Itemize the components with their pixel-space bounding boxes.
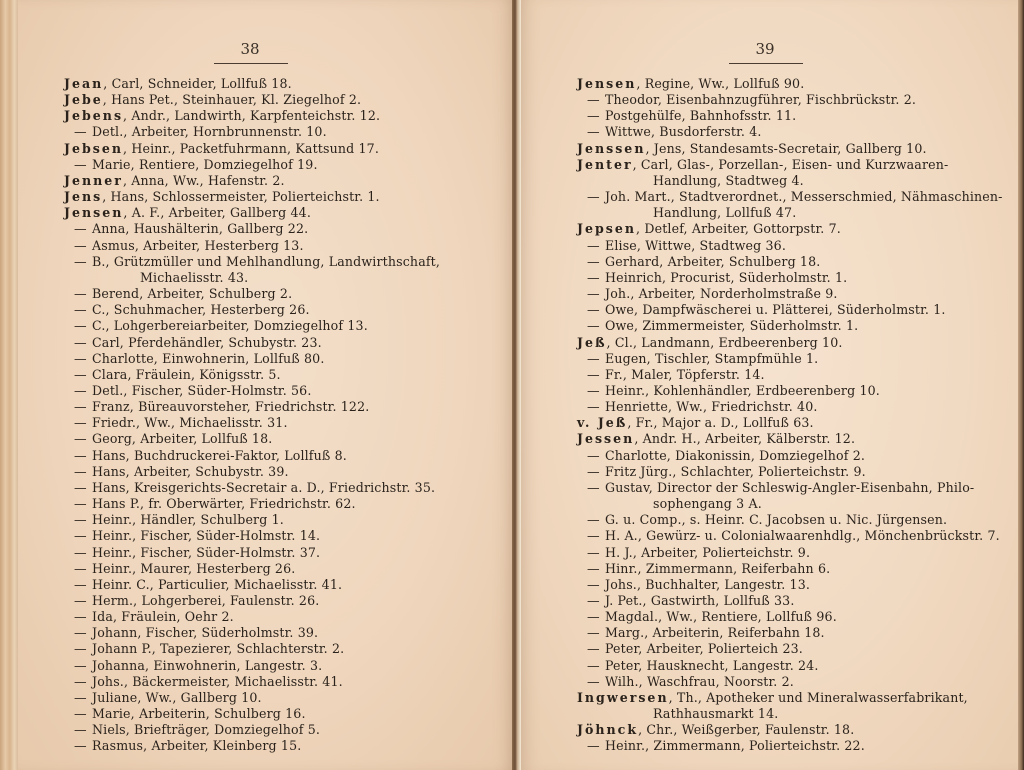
left-page-edge bbox=[0, 0, 18, 770]
entry-text: Hans, Buchdruckerei-Faktor, Lollfuß 8. bbox=[92, 448, 347, 463]
entry-text: , Cl., Landmann, Erdbeerenberg 10. bbox=[607, 335, 843, 350]
entry-text: Eugen, Tischler, Stampfmühle 1. bbox=[605, 351, 818, 366]
directory-entry-sub: —Wilh., Waschfrau, Noorstr. 2. bbox=[577, 674, 1003, 690]
directory-entry-sub: —Niels, Briefträger, Domziegelhof 5. bbox=[64, 722, 440, 738]
directory-entry-sub: —Theodor, Eisenbahnzugführer, Fischbrück… bbox=[577, 92, 1003, 108]
directory-entry-sub: —Joh., Arbeiter, Norderholmstraße 9. bbox=[577, 286, 1003, 302]
directory-entry-sub: —Heinr., Händler, Schulberg 1. bbox=[64, 512, 440, 528]
entry-text: Heinr., Zimmermann, Polierteichstr. 22. bbox=[605, 738, 865, 753]
right-page-number-rule bbox=[729, 63, 803, 64]
ditto-dash: — bbox=[74, 674, 92, 690]
entry-text: Heinr., Kohlenhändler, Erdbeerenberg 10. bbox=[605, 383, 880, 398]
ditto-dash: — bbox=[587, 399, 605, 415]
entry-text: Hinr., Zimmermann, Reiferbahn 6. bbox=[605, 561, 830, 576]
entry-text: Peter, Hausknecht, Langestr. 24. bbox=[605, 658, 819, 673]
right-page-number: 39 bbox=[725, 40, 805, 58]
directory-entry-head: Jebens, Andr., Landwirth, Karpfenteichst… bbox=[64, 108, 440, 124]
entry-text: J. Pet., Gastwirth, Lollfuß 33. bbox=[605, 593, 794, 608]
directory-entry-sub: —Marie, Rentiere, Domziegelhof 19. bbox=[64, 157, 440, 173]
ditto-dash: — bbox=[587, 351, 605, 367]
entry-text: Juliane, Ww., Gallberg 10. bbox=[92, 690, 262, 705]
surname: v. Jeß bbox=[577, 415, 627, 430]
entry-text: Heinr., Händler, Schulberg 1. bbox=[92, 512, 284, 527]
right-directory-entries: Jensen, Regine, Ww., Lollfuß 90.—Theodor… bbox=[577, 76, 1003, 755]
directory-entry-sub: —Eugen, Tischler, Stampfmühle 1. bbox=[577, 351, 1003, 367]
directory-entry-sub: —Georg, Arbeiter, Lollfuß 18. bbox=[64, 431, 440, 447]
directory-entry-sub: —J. Pet., Gastwirth, Lollfuß 33. bbox=[577, 593, 1003, 609]
entry-text: Henriette, Ww., Friedrichstr. 40. bbox=[605, 399, 818, 414]
directory-entry-head: Jensen, Regine, Ww., Lollfuß 90. bbox=[577, 76, 1003, 92]
surname: Jebe bbox=[64, 92, 103, 107]
directory-entry-head: v. Jeß, Fr., Major a. D., Lollfuß 63. bbox=[577, 415, 1003, 431]
entry-text: Gustav, Director der Schleswig-Angler-Ei… bbox=[605, 480, 974, 495]
directory-entry-sub: —Henriette, Ww., Friedrichstr. 40. bbox=[577, 399, 1003, 415]
entry-text: , Regine, Ww., Lollfuß 90. bbox=[636, 76, 804, 91]
entry-text: G. u. Comp., s. Heinr. C. Jacobsen u. Ni… bbox=[605, 512, 947, 527]
directory-entry-sub: —Johs., Bäckermeister, Michaelisstr. 41. bbox=[64, 674, 440, 690]
ditto-dash: — bbox=[74, 496, 92, 512]
entry-text: , Detlef, Arbeiter, Gottorpstr. 7. bbox=[636, 221, 841, 236]
entry-text: Johann P., Tapezierer, Schlachterstr. 2. bbox=[92, 641, 344, 656]
directory-entry-sub: —Johs., Buchhalter, Langestr. 13. bbox=[577, 577, 1003, 593]
book-gutter bbox=[512, 0, 521, 770]
directory-entry-sub: —Juliane, Ww., Gallberg 10. bbox=[64, 690, 440, 706]
entry-text: H. A., Gewürz- u. Colonialwaarenhdlg., M… bbox=[605, 528, 1000, 543]
directory-entry-head: Jepsen, Detlef, Arbeiter, Gottorpstr. 7. bbox=[577, 221, 1003, 237]
entry-text: , Hans, Schlossermeister, Polierteichstr… bbox=[102, 189, 379, 204]
ditto-dash: — bbox=[587, 254, 605, 270]
directory-entry-sub: —Hans P., fr. Oberwärter, Friedrichstr. … bbox=[64, 496, 440, 512]
directory-entry-sub: —Hans, Buchdruckerei-Faktor, Lollfuß 8. bbox=[64, 448, 440, 464]
ditto-dash: — bbox=[587, 318, 605, 334]
directory-entry-head: Ingwersen, Th., Apotheker und Mineralwas… bbox=[577, 690, 1003, 706]
entry-text: Handlung, Lollfuß 47. bbox=[653, 205, 796, 220]
directory-entry-sub: —Peter, Arbeiter, Polierteich 23. bbox=[577, 641, 1003, 657]
left-page: 38 Jean, Carl, Schneider, Lollfuß 18.Jeb… bbox=[18, 0, 516, 770]
ditto-dash: — bbox=[74, 286, 92, 302]
ditto-dash: — bbox=[74, 545, 92, 561]
entry-text: Berend, Arbeiter, Schulberg 2. bbox=[92, 286, 292, 301]
ditto-dash: — bbox=[74, 528, 92, 544]
directory-entry-sub: —Johann, Fischer, Süderholmstr. 39. bbox=[64, 625, 440, 641]
ditto-dash: — bbox=[74, 641, 92, 657]
directory-entry-sub: —Owe, Dampfwäscherei u. Plätterei, Süder… bbox=[577, 302, 1003, 318]
ditto-dash: — bbox=[587, 367, 605, 383]
ditto-dash: — bbox=[74, 238, 92, 254]
entry-text: , Andr. H., Arbeiter, Kälberstr. 12. bbox=[634, 431, 855, 446]
directory-entry-sub: —Franz, Büreauvorsteher, Friedrichstr. 1… bbox=[64, 399, 440, 415]
ditto-dash: — bbox=[587, 238, 605, 254]
directory-entry-continuation: Handlung, Stadtweg 4. bbox=[577, 173, 1003, 189]
entry-text: Heinr., Fischer, Süder-Holmstr. 37. bbox=[92, 545, 320, 560]
entry-text: Carl, Pferdehändler, Schubystr. 23. bbox=[92, 335, 322, 350]
directory-entry-sub: —Peter, Hausknecht, Langestr. 24. bbox=[577, 658, 1003, 674]
ditto-dash: — bbox=[74, 351, 92, 367]
directory-entry-sub: —Johann P., Tapezierer, Schlachterstr. 2… bbox=[64, 641, 440, 657]
right-page: 39 Jensen, Regine, Ww., Lollfuß 90.—Theo… bbox=[521, 0, 1018, 770]
entry-text: , Andr., Landwirth, Karpfenteichstr. 12. bbox=[123, 108, 380, 123]
directory-entry-sub: —Gerhard, Arbeiter, Schulberg 18. bbox=[577, 254, 1003, 270]
directory-entry-sub: —Fritz Jürg., Schlachter, Polierteichstr… bbox=[577, 464, 1003, 480]
ditto-dash: — bbox=[587, 641, 605, 657]
entry-text: Gerhard, Arbeiter, Schulberg 18. bbox=[605, 254, 820, 269]
ditto-dash: — bbox=[587, 108, 605, 124]
directory-entry-sub: —Clara, Fräulein, Königsstr. 5. bbox=[64, 367, 440, 383]
directory-entry-sub: —Carl, Pferdehändler, Schubystr. 23. bbox=[64, 335, 440, 351]
directory-entry-head: Jöhnck, Chr., Weißgerber, Faulenstr. 18. bbox=[577, 722, 1003, 738]
surname: Jebens bbox=[64, 108, 123, 123]
ditto-dash: — bbox=[587, 577, 605, 593]
ditto-dash: — bbox=[587, 512, 605, 528]
book-spread: 38 Jean, Carl, Schneider, Lollfuß 18.Jeb… bbox=[0, 0, 1024, 770]
ditto-dash: — bbox=[74, 318, 92, 334]
ditto-dash: — bbox=[587, 302, 605, 318]
entry-text: Heinrich, Procurist, Süderholmstr. 1. bbox=[605, 270, 847, 285]
entry-text: Hans, Kreisgerichts-Secretair a. D., Fri… bbox=[92, 480, 435, 495]
directory-entry-head: Jebsen, Heinr., Packetfuhrmann, Kattsund… bbox=[64, 141, 440, 157]
entry-text: Wilh., Waschfrau, Noorstr. 2. bbox=[605, 674, 794, 689]
directory-entry-sub: —Hans, Kreisgerichts-Secretair a. D., Fr… bbox=[64, 480, 440, 496]
ditto-dash: — bbox=[587, 480, 605, 496]
entry-text: Franz, Büreauvorsteher, Friedrichstr. 12… bbox=[92, 399, 369, 414]
entry-text: Fr., Maler, Töpferstr. 14. bbox=[605, 367, 765, 382]
directory-entry-sub: —Heinrich, Procurist, Süderholmstr. 1. bbox=[577, 270, 1003, 286]
ditto-dash: — bbox=[74, 738, 92, 754]
ditto-dash: — bbox=[587, 286, 605, 302]
entry-text: Friedr., Ww., Michaelisstr. 31. bbox=[92, 415, 288, 430]
ditto-dash: — bbox=[587, 124, 605, 140]
directory-entry-sub: —G. u. Comp., s. Heinr. C. Jacobsen u. N… bbox=[577, 512, 1003, 528]
entry-text: Peter, Arbeiter, Polierteich 23. bbox=[605, 641, 803, 656]
ditto-dash: — bbox=[74, 722, 92, 738]
entry-text: , Chr., Weißgerber, Faulenstr. 18. bbox=[638, 722, 854, 737]
entry-text: Fritz Jürg., Schlachter, Polierteichstr.… bbox=[605, 464, 866, 479]
surname: Jensen bbox=[577, 76, 636, 91]
directory-entry-sub: —Friedr., Ww., Michaelisstr. 31. bbox=[64, 415, 440, 431]
entry-text: Heinr. C., Particulier, Michaelisstr. 41… bbox=[92, 577, 342, 592]
directory-entry-sub: —Heinr., Kohlenhändler, Erdbeerenberg 10… bbox=[577, 383, 1003, 399]
ditto-dash: — bbox=[74, 157, 92, 173]
entry-text: , Th., Apotheker und Mineralwasserfabrik… bbox=[669, 690, 968, 705]
directory-entry-head: Jens, Hans, Schlossermeister, Polierteic… bbox=[64, 189, 440, 205]
ditto-dash: — bbox=[74, 124, 92, 140]
directory-entry-continuation: Rathhausmarkt 14. bbox=[577, 706, 1003, 722]
directory-entry-sub: —Owe, Zimmermeister, Süderholmstr. 1. bbox=[577, 318, 1003, 334]
directory-entry-sub: —Heinr., Zimmermann, Polierteichstr. 22. bbox=[577, 738, 1003, 754]
directory-entry-sub: —H. J., Arbeiter, Polierteichstr. 9. bbox=[577, 545, 1003, 561]
entry-text: , Heinr., Packetfuhrmann, Kattsund 17. bbox=[123, 141, 379, 156]
entry-text: H. J., Arbeiter, Polierteichstr. 9. bbox=[605, 545, 810, 560]
directory-entry-sub: —Ida, Fräulein, Oehr 2. bbox=[64, 609, 440, 625]
ditto-dash: — bbox=[74, 561, 92, 577]
entry-text: B., Grützmüller und Mehlhandlung, Landwi… bbox=[92, 254, 440, 269]
entry-text: Heinr., Fischer, Süder-Holmstr. 14. bbox=[92, 528, 320, 543]
ditto-dash: — bbox=[74, 367, 92, 383]
entry-text: Hans P., fr. Oberwärter, Friedrichstr. 6… bbox=[92, 496, 356, 511]
entry-text: Anna, Haushälterin, Gallberg 22. bbox=[92, 221, 308, 236]
entry-text: C., Schuhmacher, Hesterberg 26. bbox=[92, 302, 310, 317]
directory-entry-sub: —Berend, Arbeiter, Schulberg 2. bbox=[64, 286, 440, 302]
entry-text: Wittwe, Busdorferstr. 4. bbox=[605, 124, 762, 139]
entry-text: Michaelisstr. 43. bbox=[140, 270, 248, 285]
entry-text: , Fr., Major a. D., Lollfuß 63. bbox=[627, 415, 813, 430]
directory-entry-sub: —Heinr., Maurer, Hesterberg 26. bbox=[64, 561, 440, 577]
directory-entry-sub: —Detl., Fischer, Süder-Holmstr. 56. bbox=[64, 383, 440, 399]
surname: Jenssen bbox=[577, 141, 645, 156]
ditto-dash: — bbox=[74, 625, 92, 641]
entry-text: Handlung, Stadtweg 4. bbox=[653, 173, 804, 188]
surname: Jenner bbox=[64, 173, 123, 188]
ditto-dash: — bbox=[74, 658, 92, 674]
ditto-dash: — bbox=[74, 399, 92, 415]
ditto-dash: — bbox=[587, 448, 605, 464]
ditto-dash: — bbox=[587, 383, 605, 399]
ditto-dash: — bbox=[74, 415, 92, 431]
entry-text: Joh. Mart., Stadtverordnet., Messerschmi… bbox=[605, 189, 1003, 204]
directory-entry-sub: —Postgehülfe, Bahnhofsstr. 11. bbox=[577, 108, 1003, 124]
directory-entry-sub: —Marie, Arbeiterin, Schulberg 16. bbox=[64, 706, 440, 722]
entry-text: Heinr., Maurer, Hesterberg 26. bbox=[92, 561, 295, 576]
directory-entry-sub: —Heinr., Fischer, Süder-Holmstr. 14. bbox=[64, 528, 440, 544]
entry-text: Joh., Arbeiter, Norderholmstraße 9. bbox=[605, 286, 838, 301]
entry-text: Johann, Fischer, Süderholmstr. 39. bbox=[92, 625, 318, 640]
directory-entry-sub: —Charlotte, Einwohnerin, Lollfuß 80. bbox=[64, 351, 440, 367]
ditto-dash: — bbox=[587, 270, 605, 286]
directory-entry-sub: —Fr., Maler, Töpferstr. 14. bbox=[577, 367, 1003, 383]
ditto-dash: — bbox=[587, 593, 605, 609]
entry-text: sophengang 3 A. bbox=[653, 496, 762, 511]
entry-text: Marg., Arbeiterin, Reiferbahn 18. bbox=[605, 625, 825, 640]
surname: Jens bbox=[64, 189, 102, 204]
directory-entry-sub: —Magdal., Ww., Rentiere, Lollfuß 96. bbox=[577, 609, 1003, 625]
entry-text: Clara, Fräulein, Königsstr. 5. bbox=[92, 367, 281, 382]
directory-entry-sub: —B., Grützmüller und Mehlhandlung, Landw… bbox=[64, 254, 440, 270]
directory-entry-sub: —H. A., Gewürz- u. Colonialwaarenhdlg., … bbox=[577, 528, 1003, 544]
surname: Jöhnck bbox=[577, 722, 638, 737]
ditto-dash: — bbox=[74, 254, 92, 270]
directory-entry-head: Jessen, Andr. H., Arbeiter, Kälberstr. 1… bbox=[577, 431, 1003, 447]
entry-text: Georg, Arbeiter, Lollfuß 18. bbox=[92, 431, 272, 446]
directory-entry-continuation: sophengang 3 A. bbox=[577, 496, 1003, 512]
directory-entry-sub: —Heinr., Fischer, Süder-Holmstr. 37. bbox=[64, 545, 440, 561]
directory-entry-continuation: Michaelisstr. 43. bbox=[64, 270, 440, 286]
surname: Jepsen bbox=[577, 221, 636, 236]
ditto-dash: — bbox=[74, 593, 92, 609]
directory-entry-sub: —Wittwe, Busdorferstr. 4. bbox=[577, 124, 1003, 140]
entry-text: Johanna, Einwohnerin, Langestr. 3. bbox=[92, 658, 322, 673]
directory-entry-sub: —Gustav, Director der Schleswig-Angler-E… bbox=[577, 480, 1003, 496]
directory-entry-head: Jebe, Hans Pet., Steinhauer, Kl. Ziegelh… bbox=[64, 92, 440, 108]
surname: Jessen bbox=[577, 431, 634, 446]
directory-entry-head: Jenssen, Jens, Standesamts-Secretair, Ga… bbox=[577, 141, 1003, 157]
directory-entry-head: Jenner, Anna, Ww., Hafenstr. 2. bbox=[64, 173, 440, 189]
directory-entry-sub: —Detl., Arbeiter, Hornbrunnenstr. 10. bbox=[64, 124, 440, 140]
entry-text: , Jens, Standesamts-Secretair, Gallberg … bbox=[645, 141, 926, 156]
ditto-dash: — bbox=[74, 512, 92, 528]
ditto-dash: — bbox=[587, 92, 605, 108]
entry-text: Owe, Zimmermeister, Süderholmstr. 1. bbox=[605, 318, 858, 333]
directory-entry-sub: —C., Schuhmacher, Hesterberg 26. bbox=[64, 302, 440, 318]
ditto-dash: — bbox=[587, 528, 605, 544]
ditto-dash: — bbox=[74, 464, 92, 480]
directory-entry-sub: —Hans, Arbeiter, Schubystr. 39. bbox=[64, 464, 440, 480]
directory-entry-sub: —Anna, Haushälterin, Gallberg 22. bbox=[64, 221, 440, 237]
left-page-number-rule bbox=[214, 63, 288, 64]
ditto-dash: — bbox=[587, 189, 605, 205]
ditto-dash: — bbox=[74, 706, 92, 722]
ditto-dash: — bbox=[587, 625, 605, 641]
entry-text: Owe, Dampfwäscherei u. Plätterei, Süderh… bbox=[605, 302, 946, 317]
entry-text: Rasmus, Arbeiter, Kleinberg 15. bbox=[92, 738, 301, 753]
entry-text: Asmus, Arbeiter, Hesterberg 13. bbox=[92, 238, 304, 253]
entry-text: Detl., Fischer, Süder-Holmstr. 56. bbox=[92, 383, 312, 398]
entry-text: , Hans Pet., Steinhauer, Kl. Ziegelhof 2… bbox=[103, 92, 361, 107]
entry-text: Elise, Wittwe, Stadtweg 36. bbox=[605, 238, 786, 253]
entry-text: Charlotte, Einwohnerin, Lollfuß 80. bbox=[92, 351, 324, 366]
ditto-dash: — bbox=[74, 431, 92, 447]
entry-text: Marie, Arbeiterin, Schulberg 16. bbox=[92, 706, 306, 721]
entry-text: , A. F., Arbeiter, Gallberg 44. bbox=[123, 205, 311, 220]
entry-text: Herm., Lohgerberei, Faulenstr. 26. bbox=[92, 593, 319, 608]
directory-entry-head: Jensen, A. F., Arbeiter, Gallberg 44. bbox=[64, 205, 440, 221]
entry-text: C., Lohgerbereiarbeiter, Domziegelhof 13… bbox=[92, 318, 368, 333]
entry-text: Johs., Bäckermeister, Michaelisstr. 41. bbox=[92, 674, 343, 689]
surname: Jeß bbox=[577, 335, 607, 350]
directory-entry-sub: —Charlotte, Diakonissin, Domziegelhof 2. bbox=[577, 448, 1003, 464]
surname: Jebsen bbox=[64, 141, 123, 156]
ditto-dash: — bbox=[587, 561, 605, 577]
ditto-dash: — bbox=[74, 609, 92, 625]
entry-text: , Anna, Ww., Hafenstr. 2. bbox=[123, 173, 285, 188]
entry-text: , Carl, Schneider, Lollfuß 18. bbox=[103, 76, 291, 91]
surname: Ingwersen bbox=[577, 690, 669, 705]
directory-entry-sub: —Elise, Wittwe, Stadtweg 36. bbox=[577, 238, 1003, 254]
ditto-dash: — bbox=[74, 448, 92, 464]
entry-text: Magdal., Ww., Rentiere, Lollfuß 96. bbox=[605, 609, 837, 624]
directory-entry-head: Jean, Carl, Schneider, Lollfuß 18. bbox=[64, 76, 440, 92]
directory-entry-sub: —Hinr., Zimmermann, Reiferbahn 6. bbox=[577, 561, 1003, 577]
surname: Jean bbox=[64, 76, 103, 91]
ditto-dash: — bbox=[74, 690, 92, 706]
ditto-dash: — bbox=[74, 335, 92, 351]
left-directory-entries: Jean, Carl, Schneider, Lollfuß 18.Jebe, … bbox=[64, 76, 440, 755]
directory-entry-sub: —C., Lohgerbereiarbeiter, Domziegelhof 1… bbox=[64, 318, 440, 334]
ditto-dash: — bbox=[587, 545, 605, 561]
entry-text: Marie, Rentiere, Domziegelhof 19. bbox=[92, 157, 318, 172]
directory-entry-continuation: Handlung, Lollfuß 47. bbox=[577, 205, 1003, 221]
ditto-dash: — bbox=[74, 221, 92, 237]
ditto-dash: — bbox=[74, 577, 92, 593]
entry-text: Niels, Briefträger, Domziegelhof 5. bbox=[92, 722, 320, 737]
entry-text: Postgehülfe, Bahnhofsstr. 11. bbox=[605, 108, 796, 123]
ditto-dash: — bbox=[74, 383, 92, 399]
directory-entry-head: Jenter, Carl, Glas-, Porzellan-, Eisen- … bbox=[577, 157, 1003, 173]
entry-text: Detl., Arbeiter, Hornbrunnenstr. 10. bbox=[92, 124, 327, 139]
entry-text: Theodor, Eisenbahnzugführer, Fischbrücks… bbox=[605, 92, 916, 107]
entry-text: Ida, Fräulein, Oehr 2. bbox=[92, 609, 234, 624]
ditto-dash: — bbox=[587, 658, 605, 674]
ditto-dash: — bbox=[587, 609, 605, 625]
directory-entry-sub: —Herm., Lohgerberei, Faulenstr. 26. bbox=[64, 593, 440, 609]
entry-text: Hans, Arbeiter, Schubystr. 39. bbox=[92, 464, 289, 479]
directory-entry-sub: —Heinr. C., Particulier, Michaelisstr. 4… bbox=[64, 577, 440, 593]
entry-text: Rathhausmarkt 14. bbox=[653, 706, 778, 721]
entry-text: , Carl, Glas-, Porzellan-, Eisen- und Ku… bbox=[633, 157, 949, 172]
directory-entry-sub: —Asmus, Arbeiter, Hesterberg 13. bbox=[64, 238, 440, 254]
directory-entry-sub: —Marg., Arbeiterin, Reiferbahn 18. bbox=[577, 625, 1003, 641]
ditto-dash: — bbox=[587, 674, 605, 690]
entry-text: Charlotte, Diakonissin, Domziegelhof 2. bbox=[605, 448, 865, 463]
ditto-dash: — bbox=[587, 464, 605, 480]
directory-entry-sub: —Johanna, Einwohnerin, Langestr. 3. bbox=[64, 658, 440, 674]
directory-entry-sub: —Joh. Mart., Stadtverordnet., Messerschm… bbox=[577, 189, 1003, 205]
ditto-dash: — bbox=[74, 302, 92, 318]
surname: Jenter bbox=[577, 157, 633, 172]
directory-entry-sub: —Rasmus, Arbeiter, Kleinberg 15. bbox=[64, 738, 440, 754]
ditto-dash: — bbox=[74, 480, 92, 496]
ditto-dash: — bbox=[587, 738, 605, 754]
surname: Jensen bbox=[64, 205, 123, 220]
right-page-edge bbox=[1018, 0, 1024, 770]
left-page-number: 38 bbox=[210, 40, 290, 58]
entry-text: Johs., Buchhalter, Langestr. 13. bbox=[605, 577, 810, 592]
directory-entry-head: Jeß, Cl., Landmann, Erdbeerenberg 10. bbox=[577, 335, 1003, 351]
